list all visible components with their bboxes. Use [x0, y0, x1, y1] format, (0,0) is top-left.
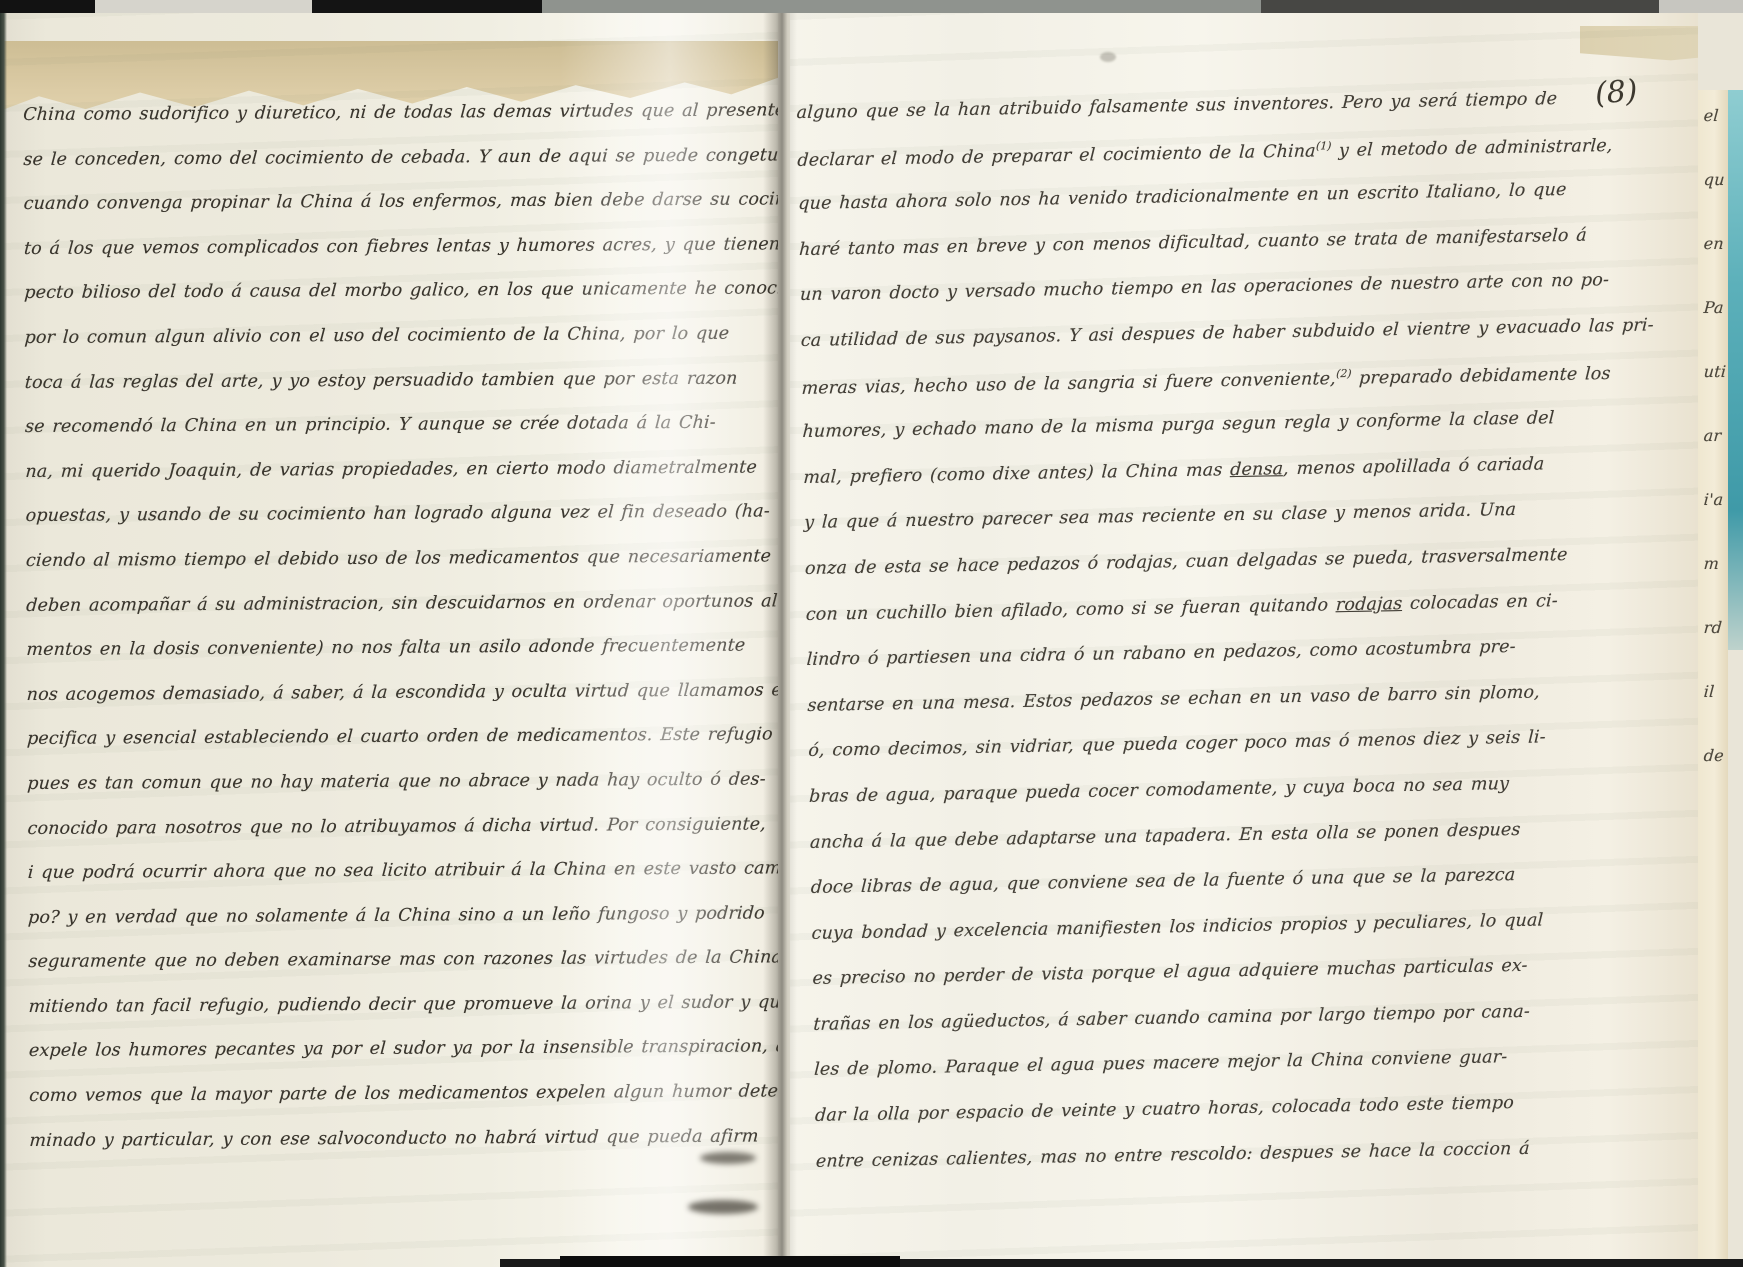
manuscript-line: pecifica y esencial estableciendo el cua…: [25, 725, 778, 774]
manuscript-line: ciendo al mismo tiempo el debido uso de …: [24, 546, 778, 595]
edge-text-fragment: en: [1700, 234, 1728, 298]
manuscript-line: i que podrá ocurrir ahora que no sea lic…: [26, 858, 778, 907]
edge-text-fragment: ar: [1700, 426, 1728, 490]
manuscript-page-left: China como sudorifico y diuretico, ni de…: [0, 13, 778, 1267]
next-page-edge-text: 7)elquenPautiari'amrdilde: [1700, 90, 1728, 810]
torn-paper-edge-top-right: [1580, 26, 1698, 66]
manuscript-line: mentos en la dosis conveniente) no nos f…: [24, 635, 778, 684]
edge-text-fragment: rd: [1700, 618, 1728, 682]
left-page-text: China como sudorifico y diuretico, ni de…: [21, 100, 778, 1175]
next-page-sliver: 7)elquenPautiari'amrdilde: [1698, 90, 1728, 1267]
edge-text-fragment: 7): [1700, 90, 1728, 106]
manuscript-line: cuando convenga propinar la China á los …: [22, 190, 778, 239]
teal-backing-strip: [1727, 90, 1743, 650]
manuscript-line: na, mi querido Joaquin, de varias propie…: [23, 457, 778, 506]
manuscript-scan: China como sudorifico y diuretico, ni de…: [0, 0, 1743, 1267]
right-page-text: alguno que se la han atribuido falsament…: [794, 87, 1698, 1198]
manuscript-line: minado y particular, y con ese salvocond…: [27, 1126, 778, 1175]
ink-smudge: [700, 1152, 756, 1164]
edge-text-fragment: m: [1700, 554, 1728, 618]
manuscript-line: seguramente que no deben examinarse mas …: [26, 948, 778, 997]
manuscript-line: nos acogemos demasiado, á saber, á la es…: [25, 680, 778, 729]
manuscript-line: pues es tan comun que no hay materia que…: [25, 769, 778, 818]
manuscript-line: deben acompañar á su administracion, sin…: [24, 591, 778, 640]
manuscript-line: conocido para nosotros que no lo atribuy…: [25, 814, 778, 863]
manuscript-line: expele los humores pecantes ya por el su…: [27, 1037, 778, 1086]
manuscript-line: se recomendó la China en un principio. Y…: [23, 412, 778, 461]
manuscript-line: por lo comun algun alivio con el uso del…: [22, 323, 778, 372]
manuscript-line: China como sudorifico y diuretico, ni de…: [21, 100, 778, 149]
manuscript-line: to á los que vemos complicados con fiebr…: [22, 234, 778, 283]
manuscript-line: se le conceden, como del cocimiento de c…: [21, 145, 778, 194]
scanner-edge-bar-top: [0, 0, 1743, 13]
manuscript-page-right: (8) alguno que se la han atribuido falsa…: [790, 13, 1698, 1267]
edge-text-fragment: qu: [1700, 170, 1728, 234]
manuscript-line: como vemos que la mayor parte de los med…: [27, 1081, 778, 1130]
edge-text-fragment: el: [1700, 106, 1728, 170]
manuscript-line: po? y en verdad que no solamente á la Ch…: [26, 903, 778, 952]
stray-ink-mark: [1100, 52, 1116, 62]
edge-text-fragment: il: [1700, 682, 1728, 746]
manuscript-line: pecto bilioso del todo á causa del morbo…: [22, 279, 778, 328]
edge-text-fragment: uti: [1700, 362, 1728, 426]
scanner-edge-bar-bottom-chunk: [560, 1256, 900, 1267]
ink-smudge: [688, 1200, 758, 1214]
edge-text-fragment: i'a: [1700, 490, 1728, 554]
manuscript-line: opuestas, y usando de su cocimiento han …: [23, 502, 778, 551]
edge-text-fragment: Pa: [1700, 298, 1728, 362]
edge-text-fragment: de: [1700, 746, 1728, 810]
manuscript-line: mitiendo tan facil refugio, pudiendo dec…: [26, 992, 778, 1041]
book-spine-edge: [0, 13, 7, 1267]
book-gutter-shadow: [763, 13, 797, 1267]
manuscript-line: toca á las reglas del arte, y yo estoy p…: [23, 368, 778, 417]
